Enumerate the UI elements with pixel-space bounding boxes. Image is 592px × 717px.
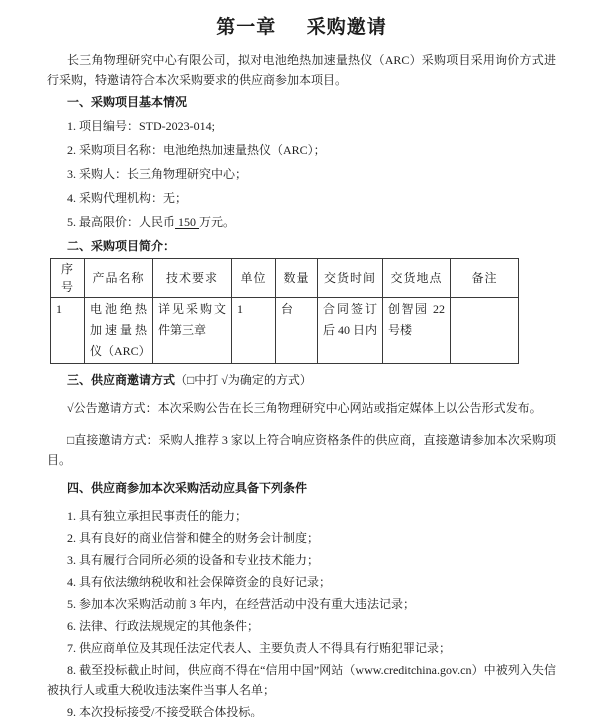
cell-quantity: 台 (276, 298, 318, 364)
header-remarks: 备注 (451, 259, 519, 298)
price-limit-prefix: 5. 最高限价：人民币 (67, 215, 175, 229)
cell-product-name: 电池绝热加速量热仪（ARC） (85, 298, 153, 364)
condition-item-7: 7. 供应商单位及其现任法定代表人、主要负责人不得具有行贿犯罪记录； (47, 638, 556, 658)
header-tech-requirements: 技术要求 (153, 259, 232, 298)
section-two-heading: 二、采购项目简介： (47, 236, 556, 256)
intro-paragraph: 长三角物理研究中心有限公司，拟对电池绝热加速量热仪（ARC）采购项目采用询价方式… (47, 50, 556, 90)
project-summary-table: 序号 产品名称 技术要求 单位 数量 交货时间 交货地点 备注 1 电池绝热加速… (50, 258, 519, 364)
cell-tech-requirements: 详见采购文件第三章 (153, 298, 232, 364)
page-title: 第一章采购邀请 (47, 16, 556, 40)
title-text: 采购邀请 (307, 17, 387, 38)
joint-bid-item: 9. 本次投标接受/不接受联合体投标。 (47, 702, 556, 717)
condition-item-3: 3. 具有履行合同所必须的设备和专业技术能力； (47, 550, 556, 570)
condition-item-4: 4. 具有依法缴纳税收和社会保障资金的良好记录； (47, 572, 556, 592)
price-limit-suffix: 万元。 (199, 215, 235, 229)
agency-item: 4. 采购代理机构：无； (47, 188, 556, 208)
project-name-item: 2. 采购项目名称：电池绝热加速量热仪（ARC）； (47, 140, 556, 160)
header-serial: 序号 (51, 259, 85, 298)
cell-delivery-place: 创智园 22 号楼 (383, 298, 451, 364)
table-row: 1 电池绝热加速量热仪（ARC） 详见采购文件第三章 1 台 合同签订后 40 … (51, 298, 519, 364)
condition-item-5: 5. 参加本次采购活动前 3 年内，在经营活动中没有重大违法记录； (47, 594, 556, 614)
announcement-invitation-option: √公告邀请方式：本次采购公告在长三角物理研究中心网站或指定媒体上以公告形式发布。 (47, 398, 556, 418)
purchaser-item: 3. 采购人：长三角物理研究中心； (47, 164, 556, 184)
header-delivery-time: 交货时间 (318, 259, 383, 298)
cell-serial: 1 (51, 298, 85, 364)
cell-remarks (451, 298, 519, 364)
header-quantity: 数量 (276, 259, 318, 298)
procurement-invitation-page: 第一章采购邀请 长三角物理研究中心有限公司，拟对电池绝热加速量热仪（ARC）采购… (0, 0, 592, 717)
chapter-label: 第一章 (216, 17, 276, 38)
joint-bid-prefix: 9. 本次投标接受/ (67, 705, 154, 717)
joint-bid-not-accepted: 不接受 (154, 705, 190, 717)
header-product-name: 产品名称 (85, 259, 153, 298)
cell-delivery-time: 合同签订后 40 日内 (318, 298, 383, 364)
project-number-item: 1. 项目编号：STD-2023-014; (47, 116, 556, 136)
table-header-row: 序号 产品名称 技术要求 单位 数量 交货时间 交货地点 备注 (51, 259, 519, 298)
price-limit-value: 150 (175, 215, 199, 229)
condition-item-6: 6. 法律、行政法规规定的其他条件； (47, 616, 556, 636)
price-limit-item: 5. 最高限价：人民币 150 万元。 (47, 212, 556, 232)
header-unit: 单位 (232, 259, 276, 298)
section-one-heading: 一、采购项目基本情况 (47, 92, 556, 112)
condition-item-2: 2. 具有良好的商业信誉和健全的财务会计制度； (47, 528, 556, 548)
section-four-heading: 四、供应商参加本次采购活动应具备下列条件 (47, 478, 556, 498)
condition-item-8: 8. 截至投标截止时间，供应商不得在“信用中国”网站（www.creditchi… (47, 660, 556, 700)
joint-bid-suffix: 联合体投标。 (190, 705, 262, 717)
condition-item-1: 1. 具有独立承担民事责任的能力； (47, 506, 556, 526)
checkbox-instruction-note: （□中打 √为确定的方式） (175, 373, 312, 387)
section-three-title: 三、供应商邀请方式 (67, 373, 175, 387)
section-three-heading: 三、供应商邀请方式（□中打 √为确定的方式） (47, 370, 556, 390)
cell-unit: 1 (232, 298, 276, 364)
direct-invitation-option: □直接邀请方式：采购人推荐 3 家以上符合响应资格条件的供应商，直接邀请参加本次… (47, 430, 556, 470)
header-delivery-place: 交货地点 (383, 259, 451, 298)
